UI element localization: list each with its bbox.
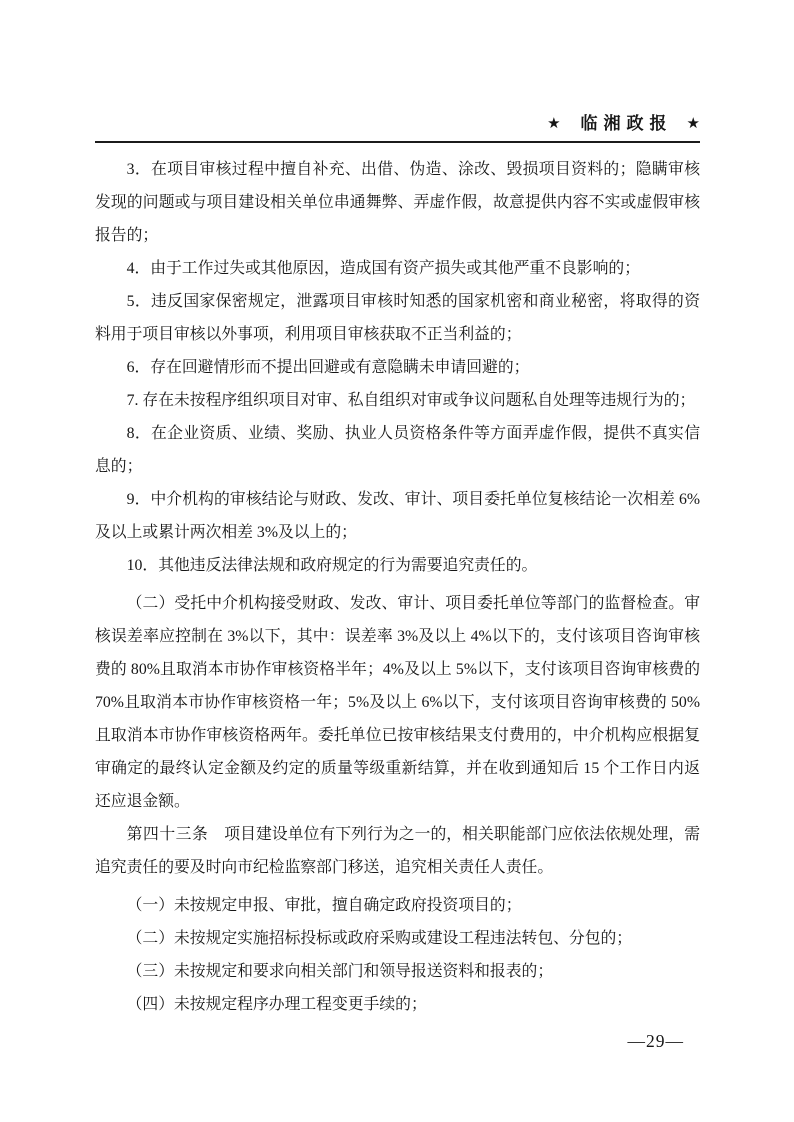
paragraph-article-43: 第四十三条 项目建设单位有下列行为之一的，相关职能部门应依法依规处理，需追究责任… [95,818,700,884]
gazette-page: ★ 临湘政报 ★ 3．在项目审核过程中擅自补充、出借、伪造、涂改、毁损项目资料的… [0,0,794,1122]
paragraph-supervision: （二）受托中介机构接受财政、发改、审计、项目委托单位等部门的监督检查。审核误差率… [95,587,700,818]
article-number: 第四十三条 [127,826,209,843]
list-item-6: 6．存在回避情形而不提出回避或有意隐瞒未申请回避的； [95,351,700,384]
gazette-title: 临湘政报 [575,114,673,134]
list-item-8: 8．在企业资质、业绩、奖励、执业人员资格条件等方面弄虚作假，提供不真实信息的； [95,417,700,483]
list-item-3: 3．在项目审核过程中擅自补充、出借、伪造、涂改、毁损项目资料的；隐瞒审核发现的问… [95,153,700,252]
document-body: 3．在项目审核过程中擅自补充、出借、伪造、涂改、毁损项目资料的；隐瞒审核发现的问… [95,153,700,1021]
sub-item-4: （四）未按规定程序办理工程变更手续的； [95,988,700,1021]
list-item-4: 4．由于工作过失或其他原因，造成国有资产损失或其他严重不良影响的； [95,252,700,285]
list-item-10: 10．其他违反法律法规和政府规定的行为需要追究责任的。 [95,549,700,582]
list-item-5: 5．违反国家保密规定，泄露项目审核时知悉的国家机密和商业秘密，将取得的资料用于项… [95,285,700,351]
sub-item-2: （二）未按规定实施招标投标或政府采购或建设工程违法转包、分包的； [95,922,700,955]
page-header: ★ 临湘政报 ★ [95,114,700,143]
list-item-7: 7. 存在未按程序组织项目对审、私自组织对审或争议问题私自处理等违规行为的； [95,384,700,417]
page-number: —29— [628,1030,685,1052]
star-icon: ★ [547,114,560,134]
sub-item-3: （三）未按规定和要求向相关部门和领导报送资料和报表的； [95,955,700,988]
list-item-9: 9．中介机构的审核结论与财政、发改、审计、项目委托单位复核结论一次相差 6%及以… [95,483,700,549]
sub-item-1: （一）未按规定申报、审批，擅自确定政府投资项目的； [95,889,700,922]
star-icon: ★ [687,114,700,134]
